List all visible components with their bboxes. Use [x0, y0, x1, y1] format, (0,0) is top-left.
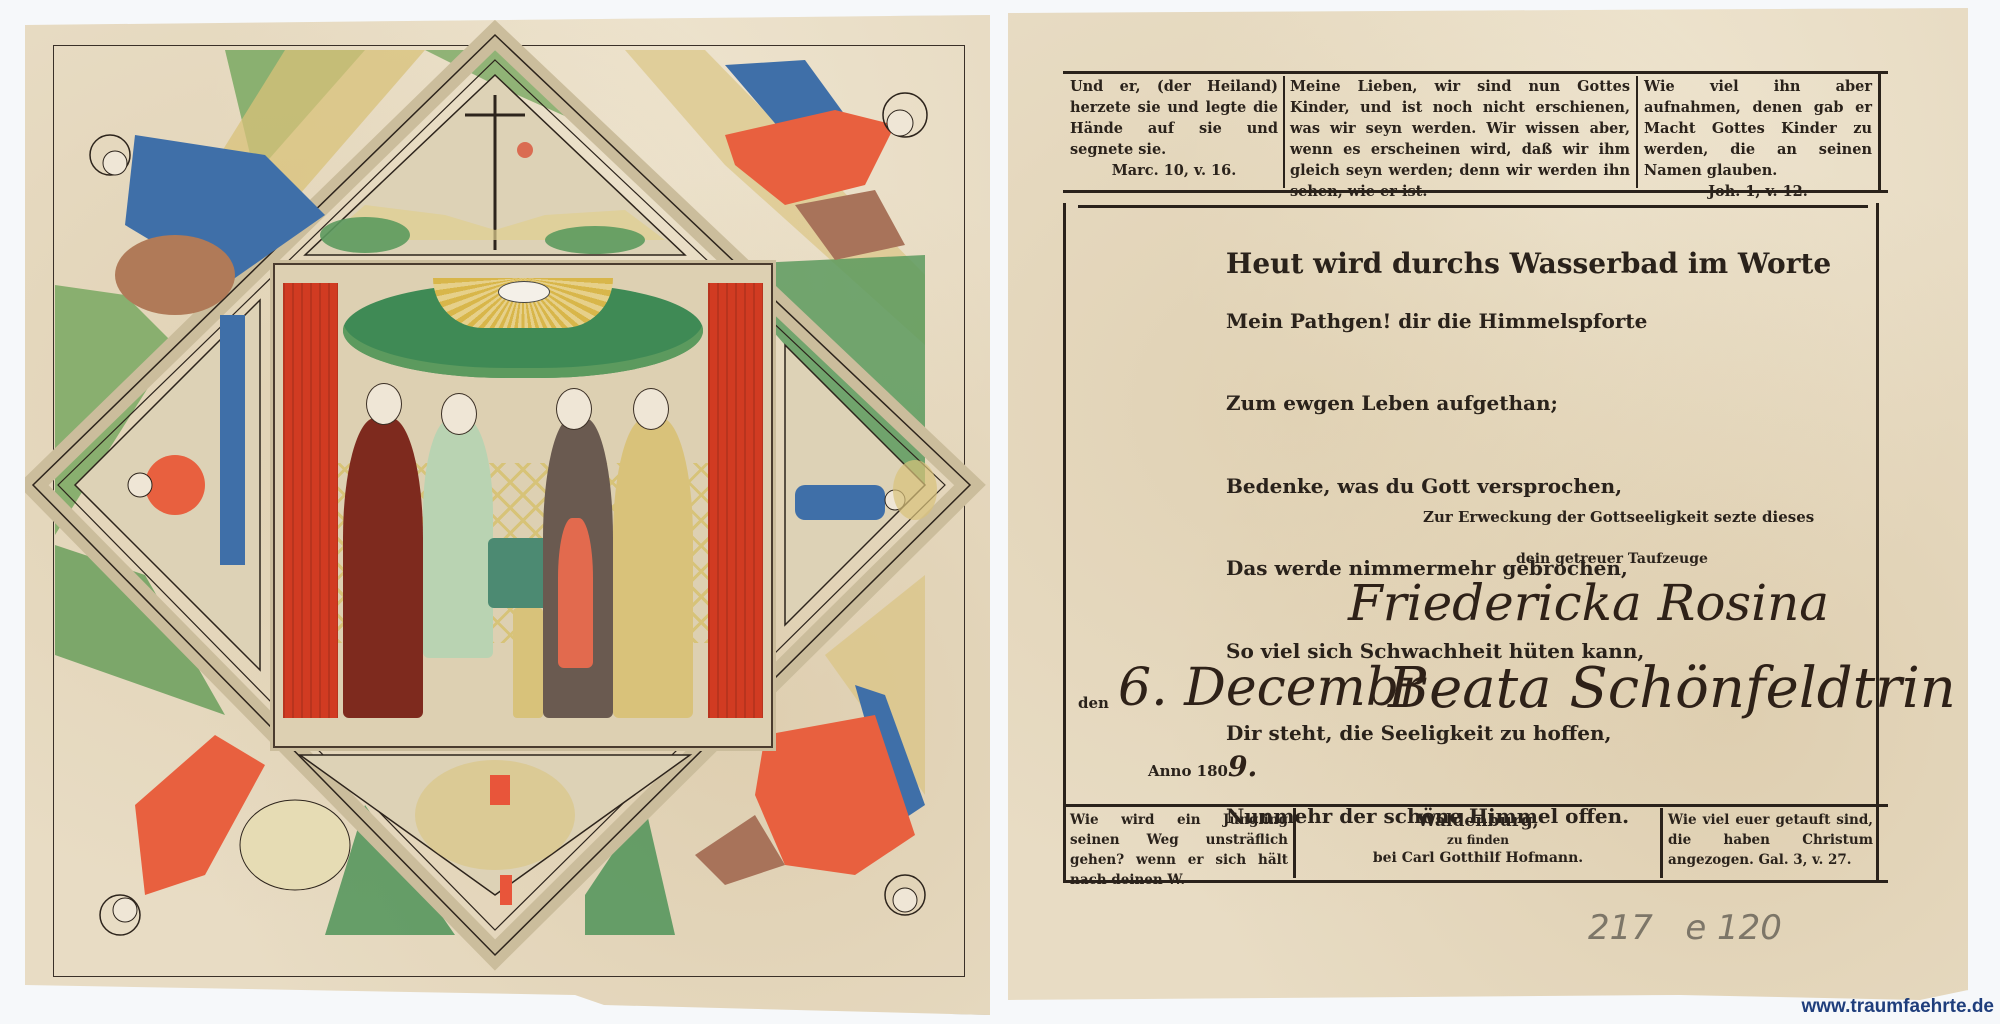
- handwritten-date: 6. Decembr: [1118, 658, 1424, 718]
- dedication-line: Zur Erweckung der Gottseeligkeit sezte d…: [1423, 508, 1814, 526]
- verse-box-john: Wie viel ihn aber aufnahmen, denen gab e…: [1644, 76, 1872, 202]
- verse-box-john-letter: Meine Lieben, wir sind nun Gottes Kinder…: [1290, 76, 1630, 202]
- poem-line: Dir steht, die Seeligkeit zu hoffen,: [1198, 720, 1831, 748]
- figure-woman-red: [343, 418, 423, 718]
- text-sheet: Und er, (der Heiland) herzete sie und le…: [1008, 8, 1968, 1010]
- date-prefix: den: [1078, 694, 1109, 712]
- divider: [1636, 76, 1638, 188]
- poem-line: Zum ewgen Leben aufgethan;: [1198, 390, 1831, 418]
- poem: Heut wird durchs Wasserbad im Worte Mein…: [1198, 222, 1831, 885]
- baptism-scene: [270, 260, 776, 751]
- rule: [1063, 71, 1888, 74]
- imprint-publisher: bei Carl Gotthilf Hofmann.: [1298, 848, 1658, 868]
- handwritten-name-first: Friedericka Rosina: [1348, 574, 1829, 632]
- imprint-label: zu finden: [1298, 832, 1658, 848]
- frame-top: [1078, 205, 1868, 208]
- figure-head: [441, 393, 477, 435]
- right-red-pillar: [708, 283, 763, 718]
- poem-line: Bedenke, was du Gott versprochen,: [1198, 473, 1831, 501]
- publisher-imprint: Waldenburg, zu finden bei Carl Gotthilf …: [1298, 810, 1658, 868]
- pastor-apron: [558, 518, 593, 668]
- handwritten-name-second: Beata Schönfeldtrin: [1388, 656, 1956, 721]
- illustrated-sheet: [25, 15, 990, 1015]
- figure-woman-yellow: [613, 418, 693, 718]
- year-printed: Anno 180: [1148, 762, 1228, 780]
- divider: [1283, 76, 1285, 188]
- pencil-catalog-note: 217 e 120: [1588, 908, 1782, 948]
- figure-head: [556, 388, 592, 430]
- figure-head: [633, 388, 669, 430]
- rule: [1878, 71, 1881, 191]
- frame-left: [1063, 203, 1066, 883]
- dove-icon: [498, 281, 550, 303]
- left-red-pillar: [283, 283, 338, 718]
- verse-box-psalm: Wie wird ein Jüngling seinen Weg unsträf…: [1070, 810, 1288, 890]
- frame-right: [1876, 203, 1879, 883]
- year-handwritten: 9.: [1228, 750, 1257, 783]
- year-label: Anno 1809.: [1148, 750, 1257, 783]
- verse-box-galatians: Wie viel euer getauft sind, die haben Ch…: [1668, 810, 1873, 870]
- figure-head: [366, 383, 402, 425]
- poem-line: Mein Pathgen! dir die Himmelspforte: [1198, 308, 1831, 336]
- poem-line: Heut wird durchs Wasserbad im Worte: [1226, 247, 1831, 280]
- rule: [1063, 804, 1888, 807]
- sponsor-label: dein getreuer Taufzeuge: [1516, 551, 1708, 567]
- divider: [1660, 808, 1663, 878]
- site-watermark: www.traumfaehrte.de: [1801, 996, 1994, 1018]
- font-pedestal: [513, 608, 543, 718]
- imprint-city: Waldenburg,: [1298, 810, 1658, 832]
- verse-box-mark: Und er, (der Heiland) herzete sie und le…: [1070, 76, 1278, 181]
- divider: [1293, 808, 1296, 878]
- figure-man: [423, 418, 493, 658]
